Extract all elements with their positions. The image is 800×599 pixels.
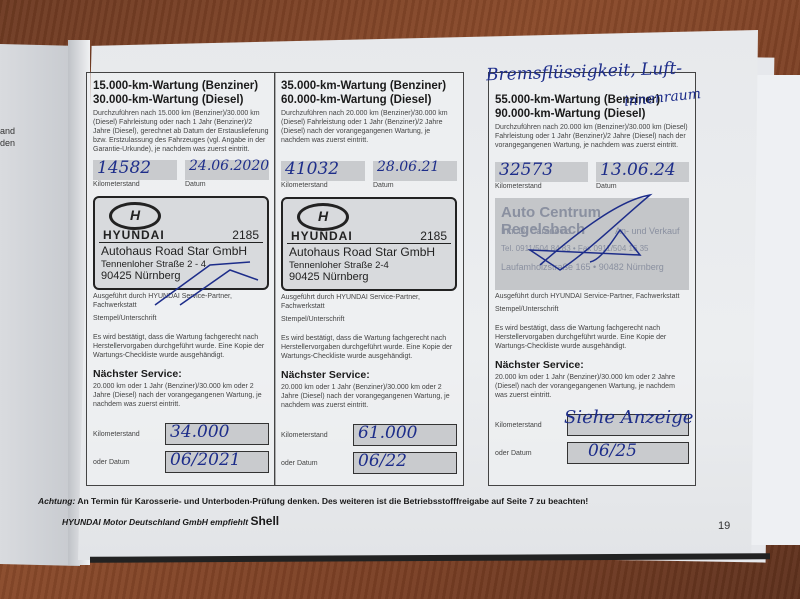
next-km-field[interactable]: 34.000 (165, 423, 269, 445)
executed-by: Ausgeführt durch HYUNDAI Service-Partner… (275, 291, 463, 313)
stamp-city: 90425 Nürnberg (289, 271, 369, 283)
confirmation-text: Es wird bestätigt, dass die Wartung fach… (275, 332, 463, 363)
stamp-city: 90425 Nürnberg (101, 270, 181, 282)
next-km-label: Kilometerstand (495, 422, 567, 429)
stamp-phone: Tel. 0911/504 84 83 • Fax 0911/504 16 35 (501, 244, 649, 253)
dealer-stamp: H HYUNDAI 2185 Autohaus Road Star GmbH T… (93, 196, 269, 290)
km-value: 32573 (499, 160, 553, 180)
confirmation-text: Es wird bestätigt, dass die Wartung fach… (489, 322, 695, 353)
next-date-field[interactable]: 06/22 (353, 452, 457, 474)
date-field[interactable]: 28.06.21 Datum (373, 161, 457, 189)
dealer-stamp-faded: Auto Centrum Regelsbach Inh. D. Caranovi… (495, 198, 689, 290)
next-service-text: 20.000 km oder 1 Jahr (Benziner)/30.000 … (275, 381, 463, 412)
service-title: 15.000-km-Wartung (Benziner) 30.000-km-W… (87, 73, 275, 107)
km-value: 41032 (285, 159, 339, 179)
stamp-code: 2185 (232, 228, 259, 242)
date-value: 28.06.21 (377, 159, 439, 175)
km-value: 14582 (97, 158, 151, 178)
dealer-stamp: H HYUNDAI 2185 Autohaus Road Star GmbH T… (281, 197, 457, 291)
km-field[interactable]: 14582 Kilometerstand (93, 160, 177, 188)
footer-sponsor: HYUNDAI Motor Deutschland GmbH empfiehlt… (62, 514, 279, 528)
stamp-name: Autohaus Road Star GmbH (289, 245, 435, 259)
next-km-label: Kilometerstand (93, 431, 165, 438)
next-date-field[interactable]: 06/25 (567, 442, 689, 464)
stamp-brand: HYUNDAI (103, 228, 165, 242)
service-entry-3: 55.000-km-Wartung (Benziner) 90.000-km-W… (488, 72, 696, 486)
next-service-text: 20.000 km oder 1 Jahr (Benziner)/30.000 … (87, 380, 275, 411)
stamp-tag: An- und Verkauf (615, 226, 680, 236)
next-service-title: Nächster Service: (87, 362, 275, 380)
executed-by: Ausgeführt durch HYUNDAI Service-Partner… (489, 290, 695, 303)
stamp-signature-label: Stempel/Unterschrift (87, 312, 275, 325)
next-km-field[interactable]: Siehe Anzeige (567, 414, 689, 436)
title-line: 90.000-km-Wartung (Diesel) (495, 107, 695, 121)
date-label: Datum (373, 182, 457, 189)
hyundai-logo-icon: H (297, 203, 349, 231)
next-km-field[interactable]: 61.000 (353, 424, 457, 446)
service-description: Durchzuführen nach 20.000 km (Benziner)/… (489, 121, 695, 152)
next-date-value: 06/25 (588, 441, 637, 461)
stamp-brand: HYUNDAI (291, 229, 353, 243)
title-line: 30.000-km-Wartung (Diesel) (93, 93, 275, 107)
footer-attention: Achtung: An Termin für Karosserie- und U… (38, 496, 588, 506)
km-label: Kilometerstand (93, 181, 177, 188)
hyundai-logo-icon: H (109, 202, 161, 230)
executed-by: Ausgeführt durch HYUNDAI Service-Partner… (87, 290, 275, 312)
next-date-value: 06/22 (358, 451, 407, 471)
next-service-title: Nächster Service: (275, 363, 463, 381)
left-fragment: and (0, 125, 15, 137)
next-service-title: Nächster Service: (489, 353, 695, 371)
km-field[interactable]: 32573 Kilometerstand (495, 162, 588, 190)
date-label: Datum (185, 181, 269, 188)
km-field[interactable]: 41032 Kilometerstand (281, 161, 365, 189)
km-label: Kilometerstand (495, 183, 588, 190)
service-entry-2: 35.000-km-Wartung (Benziner) 60.000-km-W… (274, 72, 464, 486)
stamp-code: 2185 (420, 229, 447, 243)
title-line: 60.000-km-Wartung (Diesel) (281, 93, 463, 107)
page-number: 19 (718, 520, 730, 532)
attention-label: Achtung: (38, 496, 75, 506)
service-description: Durchzuführen nach 20.000 km (Benziner)/… (275, 107, 463, 147)
next-date-field[interactable]: 06/2021 (165, 451, 269, 473)
next-date-label: oder Datum (495, 450, 567, 457)
date-value: 24.06.2020 (189, 158, 269, 174)
next-km-value: 34.000 (170, 422, 229, 442)
km-label: Kilometerstand (281, 182, 365, 189)
left-fragment: den (0, 137, 15, 149)
sponsor-text: HYUNDAI Motor Deutschland GmbH empfiehlt (62, 517, 248, 527)
shell-brand: Shell (250, 514, 279, 528)
stamp-street: Tennenloher Straße 2-4 (289, 260, 389, 271)
next-km-label: Kilometerstand (281, 432, 353, 439)
date-value: 13.06.24 (600, 160, 676, 180)
service-description: Durchzuführen nach 15.000 km (Benziner)/… (87, 107, 275, 156)
date-field[interactable]: 24.06.2020 Datum (185, 160, 269, 188)
service-entry-1: 15.000-km-Wartung (Benziner) 30.000-km-W… (86, 72, 276, 486)
stamp-owner: Inh. D. Caranovic (501, 226, 571, 236)
next-km-value: 61.000 (358, 423, 417, 443)
stamp-name: Autohaus Road Star GmbH (101, 244, 247, 258)
stamp-street: Laufamholzstraße 165 • 90482 Nürnberg (501, 262, 664, 272)
attention-text: An Termin für Karosserie- und Unterboden… (77, 496, 588, 506)
next-date-value: 06/2021 (170, 450, 241, 470)
stamp-signature-label: Stempel/Unterschrift (489, 303, 695, 316)
date-field[interactable]: 13.06.24 Datum (596, 162, 689, 190)
next-service-text: 20.000 km oder 1 Jahr (Benziner)/30.000 … (489, 371, 695, 402)
confirmation-text: Es wird bestätigt, dass die Wartung fach… (87, 331, 275, 362)
next-date-label: oder Datum (281, 460, 353, 467)
next-km-value: Siehe Anzeige (564, 407, 693, 428)
service-title: 35.000-km-Wartung (Benziner) 60.000-km-W… (275, 73, 463, 107)
stamp-signature-label: Stempel/Unterschrift (275, 313, 463, 326)
title-line: 15.000-km-Wartung (Benziner) (93, 79, 275, 93)
next-date-label: oder Datum (93, 459, 165, 466)
title-line: 35.000-km-Wartung (Benziner) (281, 79, 463, 93)
stamp-street: Tennenloher Straße 2 - 4 (101, 259, 206, 270)
date-label: Datum (596, 183, 689, 190)
left-page-text: and den (0, 125, 15, 149)
